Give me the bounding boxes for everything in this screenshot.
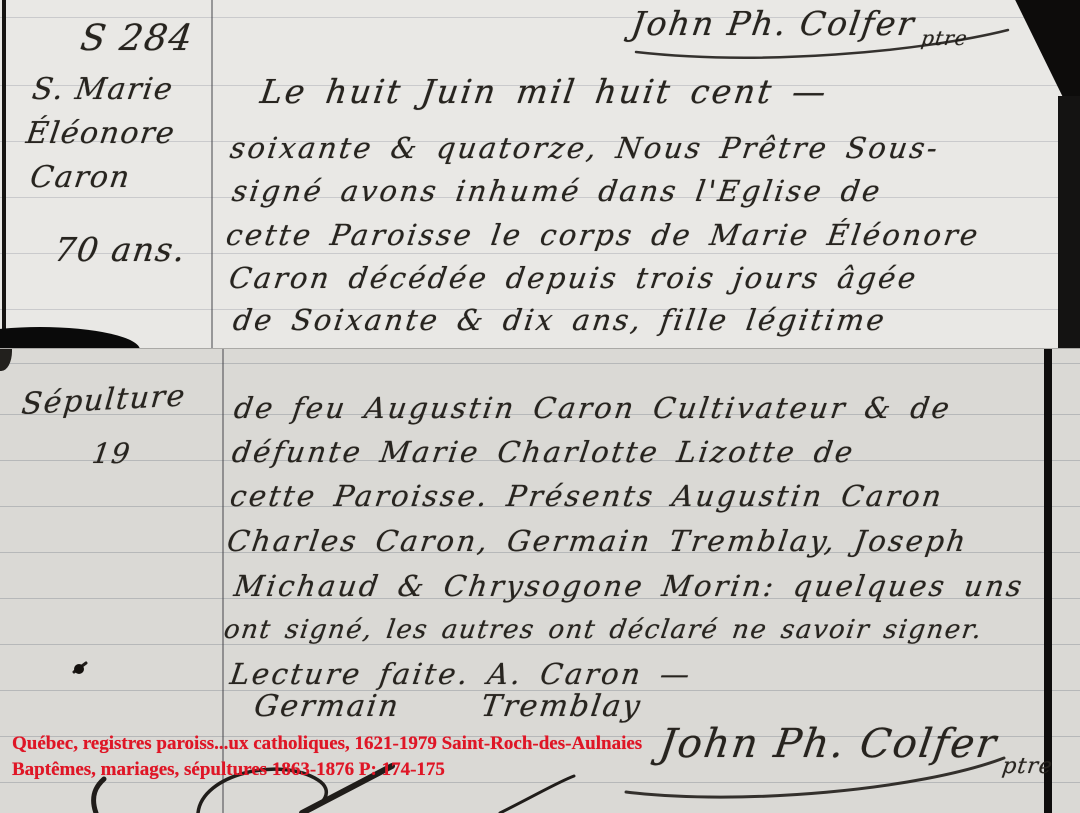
margin-name-line-3: Caron (28, 160, 133, 195)
act-body-line-9: cette Paroisse. Présents Augustin Caron (228, 479, 946, 513)
act-body-line-7: de feu Augustin Caron Cultivateur & de (232, 391, 954, 425)
archive-caption-line-1: Québec, registres paroiss...ux catholiqu… (12, 731, 642, 757)
prev-signature-suffix: ptre (920, 26, 970, 50)
archive-caption-line-2: Baptêmes, mariages, sépultures 1863-1876… (12, 757, 642, 783)
margin-act-number: 19 (90, 437, 133, 470)
witness-signature: Germain Tremblay (252, 689, 644, 724)
register-scan: S 284 S. Marie Éléonore Caron 70 ans. Jo… (0, 0, 1080, 813)
prev-signature-name: John Ph. Colfer (629, 4, 918, 43)
margin-name-line-2: Éléonore (24, 116, 178, 151)
margin-column-rule-top (211, 0, 213, 348)
priest-signature-name: John Ph. Colfer (657, 721, 1001, 767)
priest-signature-suffix: ptre (1001, 754, 1055, 779)
priest-signature: John Ph. Colferptre (655, 721, 1059, 779)
act-body-line-10: Charles Caron, Germain Tremblay, Joseph (225, 524, 970, 558)
act-body-line-6: de Soixante & dix ans, fille légitime (231, 303, 889, 337)
act-body-line-5: Caron décédée depuis trois jours âgée (227, 261, 920, 295)
scan-smudge-bottom-left (0, 349, 12, 371)
margin-age: 70 ans. (52, 230, 189, 269)
act-body-line-12: ont signé, les autres ont déclaré ne sav… (222, 615, 985, 645)
book-binding-edge-top (2, 0, 6, 348)
archive-caption: Québec, registres paroiss...ux catholiqu… (12, 731, 642, 783)
page-edge-shadow-top (1058, 96, 1080, 348)
act-body-line-1: Le huit Juin mil huit cent — (258, 72, 831, 111)
register-page-top-strip: S 284 S. Marie Éléonore Caron 70 ans. Jo… (0, 0, 1080, 348)
act-body-line-4: cette Paroisse le corps de Marie Éléonor… (224, 218, 982, 252)
margin-act-type: Sépulture (20, 378, 187, 422)
act-body-line-13: Lecture faite. A. Caron — (228, 657, 694, 691)
scan-shadow-blob (0, 327, 140, 348)
margin-name-line-1: S. Marie (30, 72, 176, 107)
act-body-line-2: soixante & quatorze, Nous Prêtre Sous- (228, 131, 942, 165)
margin-entry-number: S 284 (78, 18, 196, 59)
act-body-line-8: défunte Marie Charlotte Lizotte de (230, 435, 857, 469)
prev-entry-priest-signature: John Ph. Colferptre (628, 4, 972, 50)
act-body-line-3: signé avons inhumé dans l'Eglise de (230, 174, 884, 208)
act-body-line-11: Michaud & Chrysogone Morin: quelques uns (232, 569, 1026, 603)
